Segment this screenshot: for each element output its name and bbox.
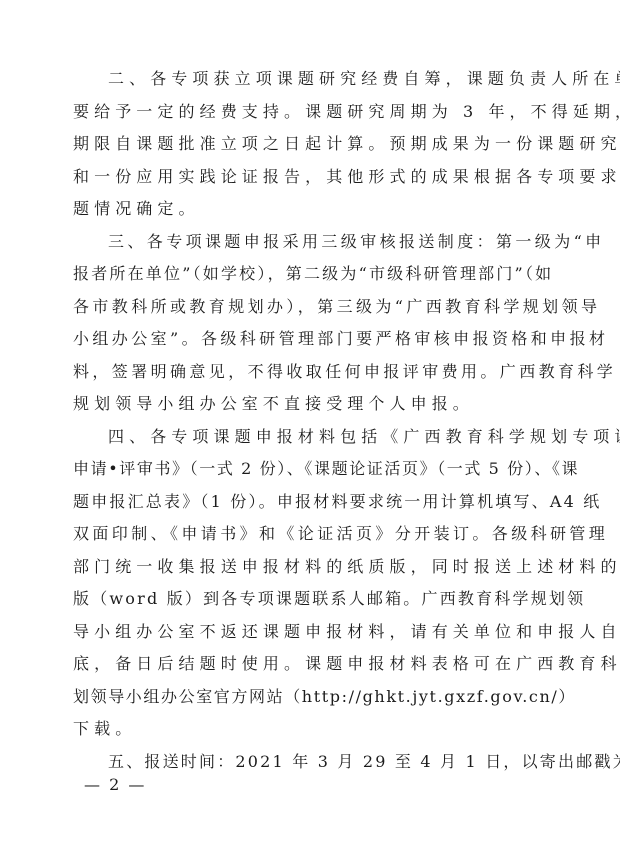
document-body: 二、各专项获立项课题研究经费自筹，课题负责人所在单位 要给予一定的经费支持。课题…	[42, 63, 582, 778]
paragraph-4-line-9: 划领导小组办公室官方网站（http://ghkt.jyt.gxzf.gov.cn…	[42, 681, 582, 714]
paragraph-4-line-2: 申请•评审书》（一式 2 份）、《课题论证活页》（一式 5 份）、《课	[42, 453, 582, 486]
paragraph-2-line-4: 和一份应用实践论证报告，其他形式的成果根据各专项要求和选	[42, 161, 582, 194]
paragraph-2-line-1: 二、各专项获立项课题研究经费自筹，课题负责人所在单位	[42, 63, 582, 96]
paragraph-3-line-1: 三、各专项课题申报采用三级审核报送制度：第一级为“申	[42, 226, 582, 259]
paragraph-4-line-3: 题申报汇总表》（1 份）。申报材料要求统一用计算机填写、A4 纸	[42, 486, 582, 519]
paragraph-2-line-2: 要给予一定的经费支持。课题研究周期为 3 年，不得延期，研究	[42, 96, 582, 129]
paragraph-3-line-3: 各市教科所或教育规划办），第三级为“广西教育科学规划领导	[42, 291, 582, 324]
page-number: — 2 —	[84, 774, 146, 796]
paragraph-3-line-2: 报者所在单位”（如学校），第二级为“市级科研管理部门”（如	[42, 258, 582, 291]
paragraph-4-line-8: 底，备日后结题时使用。课题申报材料表格可在广西教育科学规	[42, 648, 582, 681]
paragraph-4-line-7: 导小组办公室不返还课题申报材料，请有关单位和申报人自行留	[42, 616, 582, 649]
paragraph-4-line-6: 版（word 版）到各专项课题联系人邮箱。广西教育科学规划领	[42, 583, 582, 616]
paragraph-3-line-6: 规划领导小组办公室不直接受理个人申报。	[42, 388, 582, 421]
paragraph-4-line-1: 四、各专项课题申报材料包括《广西教育科学规划专项课题	[42, 421, 582, 454]
paragraph-4-line-10: 下载。	[42, 713, 582, 746]
paragraph-3-line-4: 小组办公室”。各级科研管理部门要严格审核申报资格和申报材	[42, 323, 582, 356]
paragraph-4-line-5: 部门统一收集报送申报材料的纸质版，同时报送上述材料的电子	[42, 551, 582, 584]
paragraph-2-line-3: 期限自课题批准立项之日起计算。预期成果为一份课题研究报告	[42, 128, 582, 161]
paragraph-3-line-5: 料，签署明确意见，不得收取任何申报评审费用。广西教育科学	[42, 356, 582, 389]
paragraph-4-line-4: 双面印制、《申请书》和《论证活页》分开装订。各级科研管理	[42, 518, 582, 551]
paragraph-2-line-5: 题情况确定。	[42, 193, 582, 226]
document-page: 二、各专项获立项课题研究经费自筹，课题负责人所在单位 要给予一定的经费支持。课题…	[0, 0, 620, 849]
